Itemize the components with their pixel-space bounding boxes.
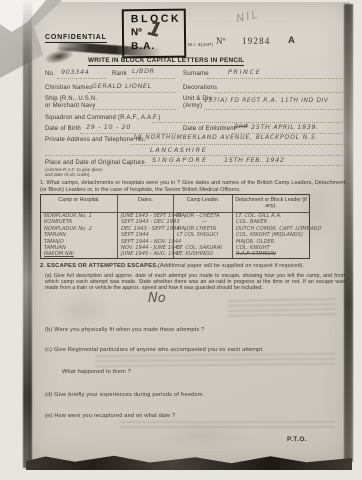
enlistment-struck-value: 2nd xyxy=(234,122,249,131)
confidential-stamp: CONFIDENTIAL xyxy=(45,34,107,43)
camps-table-body: NONPLADUK No. 1 JUNE 1943 - SEPT 1943 MA… xyxy=(41,213,309,258)
table-cell: R.A.F. STIMSON xyxy=(233,251,309,257)
block-number-stamp: BLOCK Nº 1 B.A. xyxy=(122,9,187,59)
unit-div-value: 137(A) FD REGT R.A. 11TH IND DIV xyxy=(204,97,329,104)
ship-label: Ship (R.N., U.S.N. xyxy=(45,96,97,102)
surname-value: PRINCE xyxy=(228,68,261,76)
question-2b-text: (b) Were you physically fit when you mad… xyxy=(45,327,205,333)
address-value-line2: LANCASHIRE xyxy=(150,146,207,154)
ship-line xyxy=(93,109,176,110)
christian-names-value: GERALD LIONEL xyxy=(92,82,152,90)
pto-label: P.T.O. xyxy=(287,436,307,443)
address-value-line1: 18 NORTHUMBERLAND AVENUE, BLACKPOOL N.S. xyxy=(133,134,319,141)
christian-names-line xyxy=(88,92,176,93)
paper-stain xyxy=(52,290,112,330)
question-2-heading: 2. ESCAPES OR ATTEMPTED ESCAPES. xyxy=(40,263,158,269)
capture-date-value: 15TH FEB. 1942 xyxy=(224,156,285,164)
no-value: 903344 xyxy=(61,68,89,76)
question-2c-followup-text: What happened to them ? xyxy=(62,369,131,375)
capture-note-2: and date of a/c crash). xyxy=(45,172,91,177)
stamp-no-label: Nº xyxy=(131,27,142,38)
question-2d-text: (d) Give briefly your experiences during… xyxy=(45,392,204,398)
enlistment-value: 25TH APRIL 1939. xyxy=(251,123,319,131)
table-cell: NAKOM NAI xyxy=(41,251,118,257)
rank-value: L/BDR xyxy=(132,67,155,75)
camps-table: Camp or Hospital. Dates. Camp Leader. De… xyxy=(40,194,310,259)
date-of-birth-label: Date of Birth xyxy=(45,126,81,132)
question-2c-text: (c) Give Regimental particulars of anyon… xyxy=(45,347,264,353)
question-2a-answer: No xyxy=(148,291,166,306)
question-2-heading-note: (Additional paper will be supplied on re… xyxy=(158,263,304,269)
table-cell: LT. KUSHINGO xyxy=(174,251,233,257)
right-page-edge xyxy=(344,4,353,462)
no-field-line xyxy=(57,78,107,79)
unit-div-label-2: (Army) xyxy=(183,103,202,109)
column-header-leader: Camp Leader. xyxy=(174,195,233,213)
question-2e-text: (e) How were you recaptured and on what … xyxy=(45,413,175,419)
address-label: Private Address and Telephone No. xyxy=(45,137,146,143)
scanned-pow-form: CONFIDENTIAL BLOCK Nº 1 B.A. M.I. 9(JAP)… xyxy=(0,0,362,480)
squadron-label: Squadron and Command (R.A.F., A.A.F.) xyxy=(45,115,160,121)
left-page-edge xyxy=(23,0,32,468)
form-reference: M.I. 9(JAP) xyxy=(188,42,213,47)
column-header-detachment: Detachment or Block Leader (if any). xyxy=(233,195,309,213)
capture-label: Place and Date of Original Capture xyxy=(45,160,145,166)
camps-table-header: Camp or Hospital. Dates. Camp Leader. De… xyxy=(41,195,309,213)
bleedthrough-smudge xyxy=(228,298,336,318)
column-header-dates: Dates. xyxy=(118,195,174,213)
serial-number: 19284 xyxy=(242,36,271,46)
capture-line xyxy=(140,165,345,166)
surname-label: Surname xyxy=(183,71,209,77)
rank-label: Rank xyxy=(112,71,127,77)
date-of-birth-value: 29 - 10 - 20 xyxy=(86,123,131,131)
unit-div-line xyxy=(204,109,345,110)
column-header-camp: Camp or Hospital. xyxy=(41,195,118,213)
question-1-text: 1. What camps, detachments or hospitals … xyxy=(40,180,345,193)
decorations-label: Decorations xyxy=(183,85,217,91)
stamp-smudge xyxy=(54,46,84,52)
stamp-ba-label: B.A. xyxy=(131,41,155,52)
ship-label-2: or Merchant Navy xyxy=(45,103,96,109)
address-line-1 xyxy=(130,144,345,145)
capture-place-value: SINGAPORE xyxy=(152,156,208,164)
block-capitals-instruction: WRITE IN BLOCK CAPITAL LETTERS IN PENCIL xyxy=(88,57,244,66)
series-letter: A xyxy=(288,35,295,46)
table-cell: JUNE 1945 - AUG. 1945 xyxy=(118,251,174,257)
no-label: No. xyxy=(45,71,55,77)
serial-no-sign: Nº xyxy=(216,36,226,46)
rank-field-line xyxy=(127,78,175,79)
question-2a-text: (a) Give full description and approx. da… xyxy=(45,273,345,292)
decorations-line xyxy=(214,92,345,93)
bleedthrough-smudge xyxy=(95,353,335,369)
surname-field-line xyxy=(207,78,345,79)
christian-names-label: Christian Names xyxy=(45,85,92,91)
bleedthrough-smudge xyxy=(120,421,335,429)
enlistment-label: Date of Enlistment xyxy=(183,126,236,132)
